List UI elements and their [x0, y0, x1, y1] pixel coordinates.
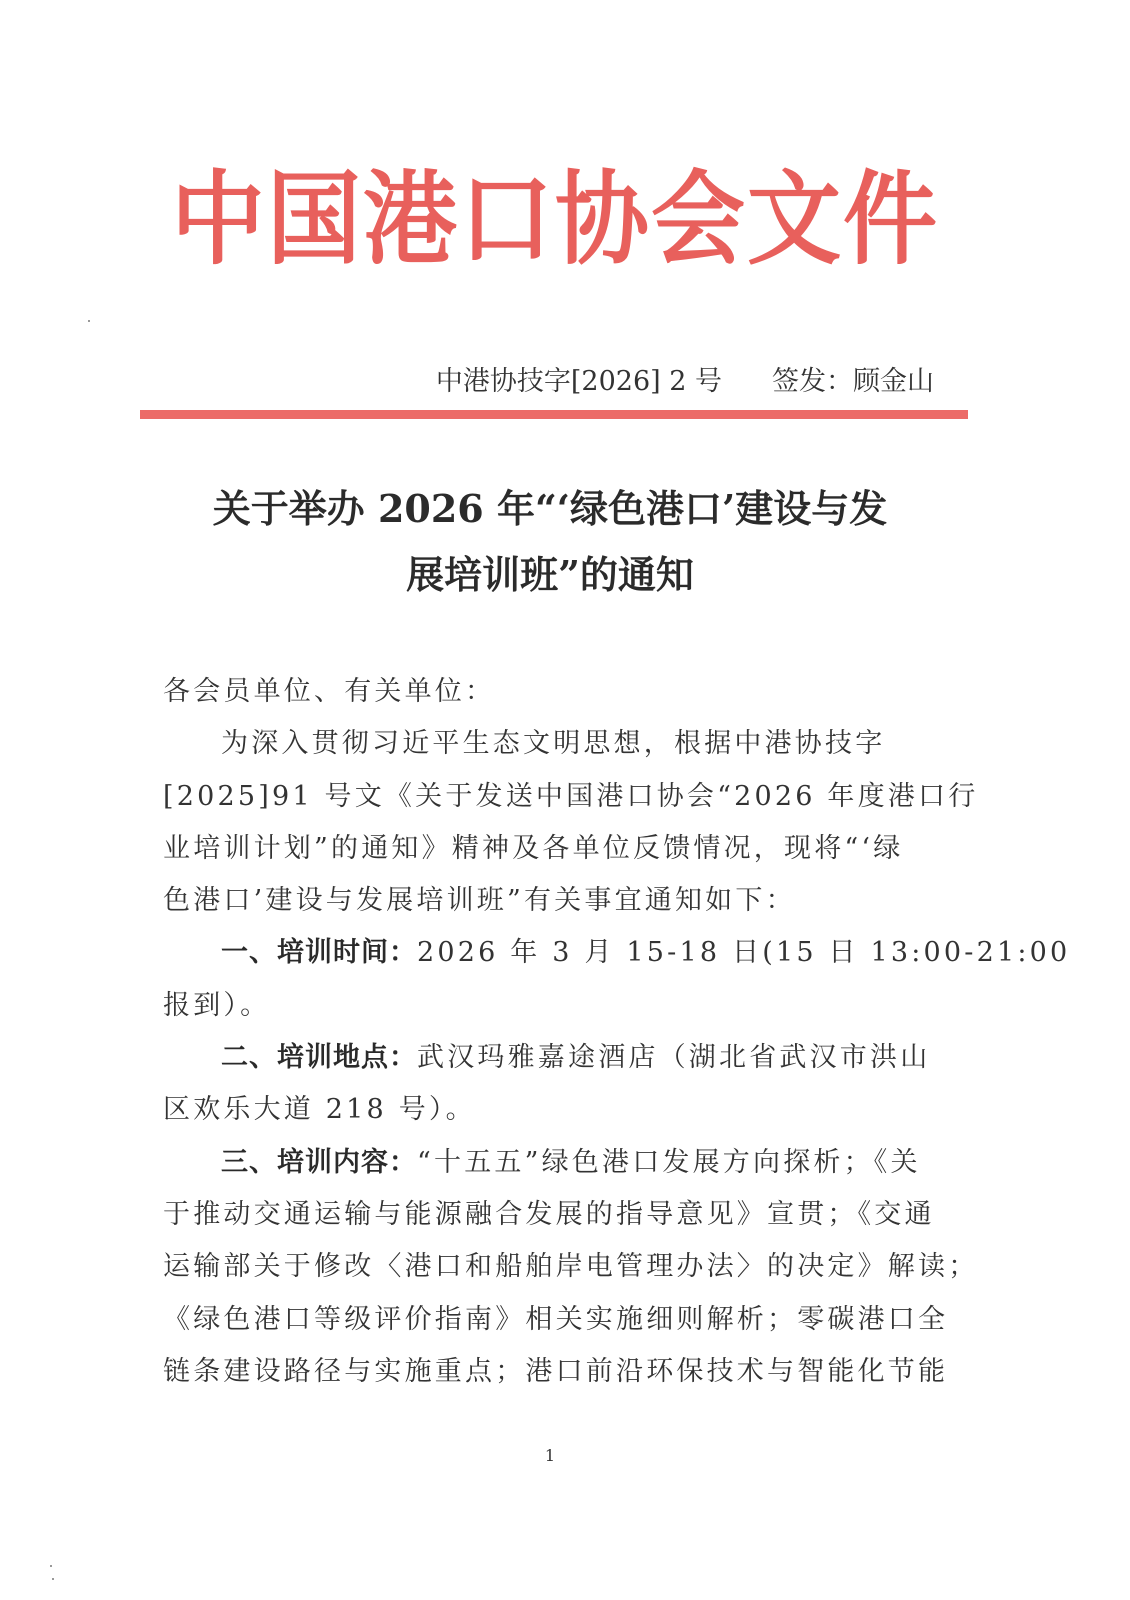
section-content-text-5: 链条建设路径与实施重点；港口前沿环保技术与智能化节能	[163, 1346, 935, 1398]
document-number-line: 中港协技字[2026] 2 号签发：顾金山	[436, 362, 934, 402]
red-divider-rule	[140, 410, 968, 419]
section-content: 三、培训内容：“十五五”绿色港口发展方向探析；《关	[163, 1137, 935, 1189]
section-location-text-1: 武汉玛雅嘉途酒店（湖北省武汉市洪山	[417, 1042, 930, 1073]
notice-title-line-1: 关于举办 2026 年“‘绿色港口’建设与发	[150, 476, 950, 542]
document-number: 中港协技字[2026] 2 号	[436, 366, 722, 397]
section-time-text-1: 2026 年 3 月 15-18 日(15 日 13:00-21:00	[417, 937, 1070, 968]
section-location-heading: 二、培训地点：	[221, 1042, 417, 1073]
page-number: 1	[540, 1446, 560, 1465]
section-content-text-2: 于推动交通运输与能源融合发展的指导意见》宣贯；《交通	[163, 1189, 935, 1241]
scan-speck	[88, 320, 90, 322]
section-content-text-4: 《绿色港口等级评价指南》相关实施细则解析；零碳港口全	[163, 1294, 935, 1346]
section-time-heading: 一、培训时间：	[221, 937, 417, 968]
section-time-text-2: 报到）。	[163, 980, 935, 1032]
masthead-title: 中国港口协会文件	[0, 155, 1110, 285]
salutation: 各会员单位、有关单位：	[163, 666, 935, 718]
notice-title: 关于举办 2026 年“‘绿色港口’建设与发 展培训班”的通知	[150, 476, 950, 608]
section-content-text-3: 运输部关于修改〈港口和船舶岸电管理办法〉的决定》解读；	[163, 1241, 935, 1293]
signer-name: 顾金山	[853, 366, 934, 397]
scan-speck	[52, 1578, 54, 1580]
notice-body: 各会员单位、有关单位： 为深入贯彻习近平生态文明思想，根据中港协技字 [2025…	[163, 666, 935, 1398]
section-content-heading: 三、培训内容：	[221, 1147, 417, 1178]
section-location: 二、培训地点：武汉玛雅嘉途酒店（湖北省武汉市洪山	[163, 1032, 935, 1084]
section-location-text-2: 区欢乐大道 218 号）。	[163, 1084, 935, 1136]
section-content-text-1: “十五五”绿色港口发展方向探析；《关	[417, 1147, 921, 1178]
intro-line-1: 为深入贯彻习近平生态文明思想，根据中港协技字	[163, 718, 935, 770]
intro-line-3: 业培训计划”的通知》精神及各单位反馈情况，现将“‘绿	[163, 823, 935, 875]
signer-label: 签发：	[772, 366, 853, 397]
intro-line-4: 色港口’建设与发展培训班”有关事宜通知如下：	[163, 875, 935, 927]
intro-line-2: [2025]91 号文《关于发送中国港口协会“2026 年度港口行	[163, 771, 935, 823]
scan-speck	[50, 1565, 52, 1567]
section-time: 一、培训时间：2026 年 3 月 15-18 日(15 日 13:00-21:…	[163, 927, 935, 979]
notice-title-line-2: 展培训班”的通知	[150, 542, 950, 608]
